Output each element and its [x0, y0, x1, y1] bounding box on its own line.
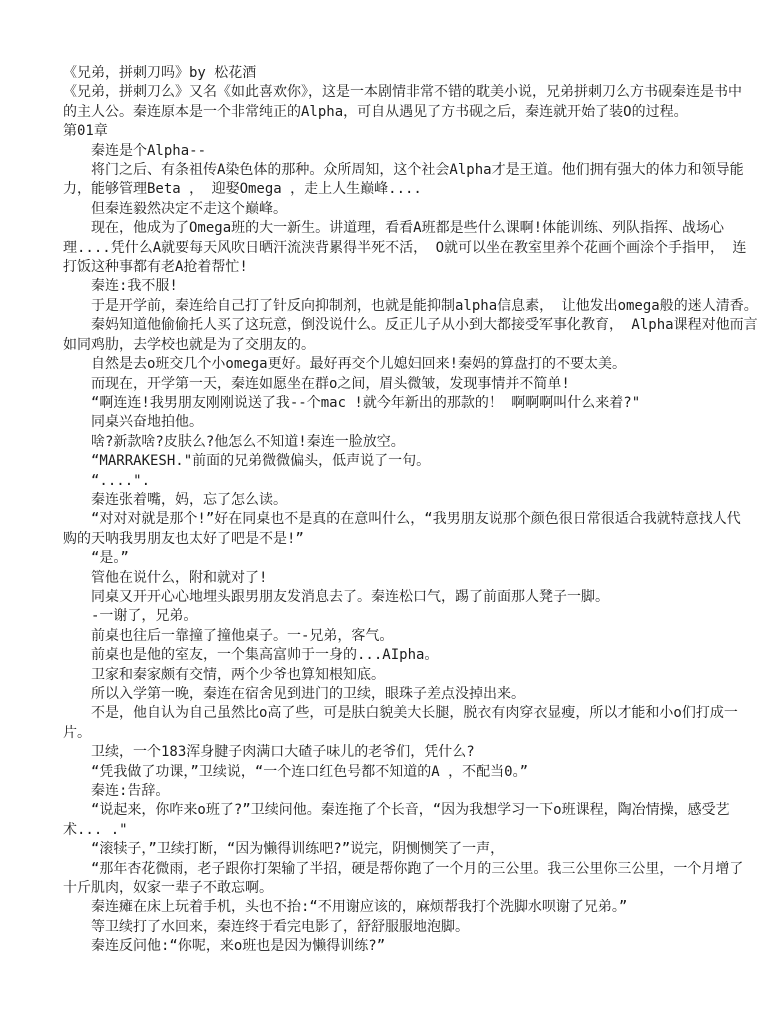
text-line: 同桌兴奋地拍他。	[63, 413, 718, 432]
text-line: 现在，他成为了Omega班的大一新生。讲道理，看看A班都是些什么课啊!体能训练、…	[63, 219, 718, 238]
text-line: 秦妈知道他偷偷托人买了这玩意，倒没说什么。反正儿子从小到大都接受军事化教育， A…	[63, 316, 718, 335]
text-line: 自然是去o班交几个小omega更好。最好再交个儿媳妇回来!秦妈的算盘打的不要太美…	[63, 355, 718, 374]
text-line: -一谢了，兄弟。	[63, 607, 718, 626]
text-line: 秦连:我不服!	[63, 277, 718, 296]
text-line: 打饭这种事都有老A抢着帮忙!	[63, 258, 718, 277]
text-line: 秦连反问他:“你呢，来o班也是因为懒得训练?”	[63, 937, 718, 956]
text-line: 等卫续打了水回来，秦连终于看完电影了，舒舒服服地泡脚。	[63, 918, 718, 937]
text-line: 卫家和秦家颇有交情，两个少爷也算知根知底。	[63, 666, 718, 685]
text-line: 的主人公。秦连原本是一个非常纯正的Alpha，可自从遇见了方书砚之后，秦连就开始…	[63, 103, 718, 122]
text-line: 同桌又开开心心地埋头跟男朋友发消息去了。秦连松口气，踢了前面那人凳子一脚。	[63, 588, 718, 607]
text-line: “对对对就是那个!”好在同桌也不是真的在意叫什么，“我男朋友说那个颜色很日常很适…	[63, 510, 718, 529]
text-line: 理....凭什么A就要每天风吹日晒汗流浃背累得半死不活， O就可以坐在教室里养个…	[63, 239, 718, 258]
text-line: 十斤肌肉，奴家一辈子不敢忘啊。	[63, 879, 718, 898]
text-line: 秦连:告辞。	[63, 782, 718, 801]
text-line: 《兄弟，拼刺刀吗》by 松花酒	[63, 64, 718, 83]
text-line: “是。”	[63, 549, 718, 568]
text-line: “说起来，你咋来o班了?”卫续问他。秦连拖了个长音，“因为我想学习一下o班课程，…	[63, 801, 718, 820]
text-line: 啥?新款啥?皮肤么?他怎么不知道!秦连一脸放空。	[63, 433, 718, 452]
document-page: 《兄弟，拼刺刀吗》by 松花酒《兄弟，拼刺刀么》又名《如此喜欢你》，这是一本剧情…	[0, 0, 768, 1024]
text-line: 术... ."	[63, 821, 718, 840]
text-line: 于是开学前，秦连给自己打了针反向抑制剂，也就是能抑制alpha信息素， 让他发出…	[63, 297, 718, 316]
text-line: 管他在说什么，附和就对了!	[63, 569, 718, 588]
text-line: “....".	[63, 472, 718, 491]
document-text: 《兄弟，拼刺刀吗》by 松花酒《兄弟，拼刺刀么》又名《如此喜欢你》，这是一本剧情…	[63, 64, 718, 957]
text-line: 前桌也是他的室友，一个集高富帅于一身的...AIpha。	[63, 646, 718, 665]
text-line: 卫续，一个183浑身腱子肉满口大碴子味儿的老爷们，凭什么?	[63, 743, 718, 762]
text-line: 所以入学第一晚，秦连在宿舍见到进门的卫续，眼珠子差点没掉出来。	[63, 685, 718, 704]
text-line: “那年杏花微雨，老子跟你打架输了半招，硬是帮你跑了一个月的三公里。我三公里你三公…	[63, 860, 718, 879]
text-line: “滚犊子，”卫续打断，“因为懒得训练吧?”说完，阴恻恻笑了一声，	[63, 840, 718, 859]
text-line: 秦连瘫在床上玩着手机，头也不抬:“不用谢应该的，麻烦帮我打个洗脚水呗谢了兄弟。”	[63, 898, 718, 917]
text-line: 但秦连毅然决定不走这个巅峰。	[63, 200, 718, 219]
text-line: 前桌也往后一靠撞了撞他桌子。一-兄弟，客气。	[63, 627, 718, 646]
text-line: 将门之后、有条祖传A染色体的那种。众所周知，这个社会Alpha才是王道。他们拥有…	[63, 161, 718, 180]
text-line: 而现在，开学第一天，秦连如愿坐在群o之间，眉头微皱，发现事情并不简单!	[63, 375, 718, 394]
text-line: 购的天呐我男朋友也太好了吧是不是!”	[63, 530, 718, 549]
text-line: “凭我做了功课，”卫续说，“一个连口红色号都不知道的A ，不配当0。”	[63, 763, 718, 782]
text-line: 如同鸡肋，去学校也就是为了交朋友的。	[63, 336, 718, 355]
text-line: 《兄弟，拼刺刀么》又名《如此喜欢你》，这是一本剧情非常不错的耽美小说，兄弟拼刺刀…	[63, 83, 718, 102]
text-line: 第01章	[63, 122, 718, 141]
text-line: 片。	[63, 724, 718, 743]
text-line: “MARRAKESH."前面的兄弟微微偏头，低声说了一句。	[63, 452, 718, 471]
text-line: “啊连连!我男朋友刚刚说送了我--个mac !就今年新出的那款的！ 啊啊啊叫什么…	[63, 394, 718, 413]
text-line: 秦连是个Alpha--	[63, 142, 718, 161]
text-line: 秦连张着嘴，妈，忘了怎么读。	[63, 491, 718, 510]
text-line: 不是，他自认为自己虽然比o高了些，可是肤白貌美大长腿，脱衣有肉穿衣显瘦，所以才能…	[63, 704, 718, 723]
text-line: 力，能够管理Beta ， 迎娶Omega ，走上人生巅峰....	[63, 180, 718, 199]
